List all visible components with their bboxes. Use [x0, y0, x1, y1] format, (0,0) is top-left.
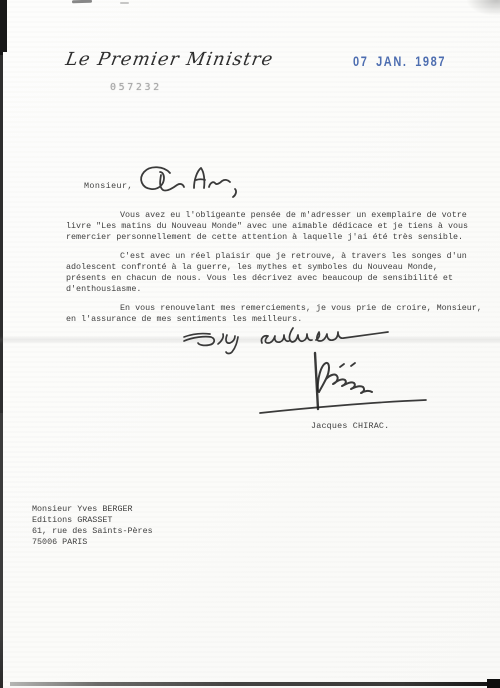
- handwritten-salutation: [134, 163, 244, 199]
- scan-edge-left-top: [0, 0, 7, 52]
- scan-edge-left: [0, 0, 3, 688]
- text-line: présents en chacun de nous. Vous les déc…: [66, 273, 470, 284]
- scan-edge-bottom-corner: [487, 679, 500, 688]
- paragraph: Vous avez eu l'obligeante pensée de m'ad…: [66, 210, 470, 243]
- text-line: Vous avez eu l'obligeante pensée de m'ad…: [66, 210, 470, 221]
- scan-smudge-top-right: [466, 0, 500, 16]
- letterhead-script-title: Le Premier Ministre: [64, 49, 275, 70]
- paragraph: En vous renouvelant mes remerciements, j…: [66, 303, 470, 325]
- address-line: Monsieur Yves BERGER: [32, 504, 153, 515]
- paragraph: C'est avec un réel plaisir que je retrou…: [66, 251, 470, 295]
- address-line: 75006 PARIS: [32, 537, 153, 548]
- scan-mark-top: [72, 0, 92, 3]
- handwritten-signature: [256, 349, 430, 417]
- text-line: C'est avec un réel plaisir que je retrou…: [66, 251, 470, 262]
- text-line: adolescent confronté à la guerre, les my…: [66, 262, 470, 273]
- signatory-name: Jacques CHIRAC.: [311, 421, 389, 432]
- address-line: 61, rue des Saints-Pères: [32, 526, 153, 537]
- scan-edge-bottom: [10, 682, 500, 686]
- salutation-typed: Monsieur,: [84, 181, 133, 192]
- scan-mark-top-small: [120, 2, 129, 4]
- scanned-letter-page: Le Premier Ministre 057232 07 JAN. 1987 …: [0, 0, 500, 688]
- date-stamp: 07 JAN. 1987: [353, 55, 446, 70]
- text-line: En vous renouvelant mes remerciements, j…: [66, 303, 470, 314]
- letter-body: Vous avez eu l'obligeante pensée de m'ad…: [66, 210, 470, 333]
- text-line: remercier personnellement de cette atten…: [66, 232, 470, 243]
- address-line: Editions GRASSET: [32, 515, 153, 526]
- text-line: livre "Les matins du Nouveau Monde" avec…: [66, 221, 470, 232]
- serial-number-stamp: 057232: [110, 82, 162, 93]
- signature-underline: [260, 400, 426, 413]
- text-line: d'enthousiasme.: [66, 284, 470, 295]
- recipient-address: Monsieur Yves BERGER Editions GRASSET 61…: [32, 504, 153, 548]
